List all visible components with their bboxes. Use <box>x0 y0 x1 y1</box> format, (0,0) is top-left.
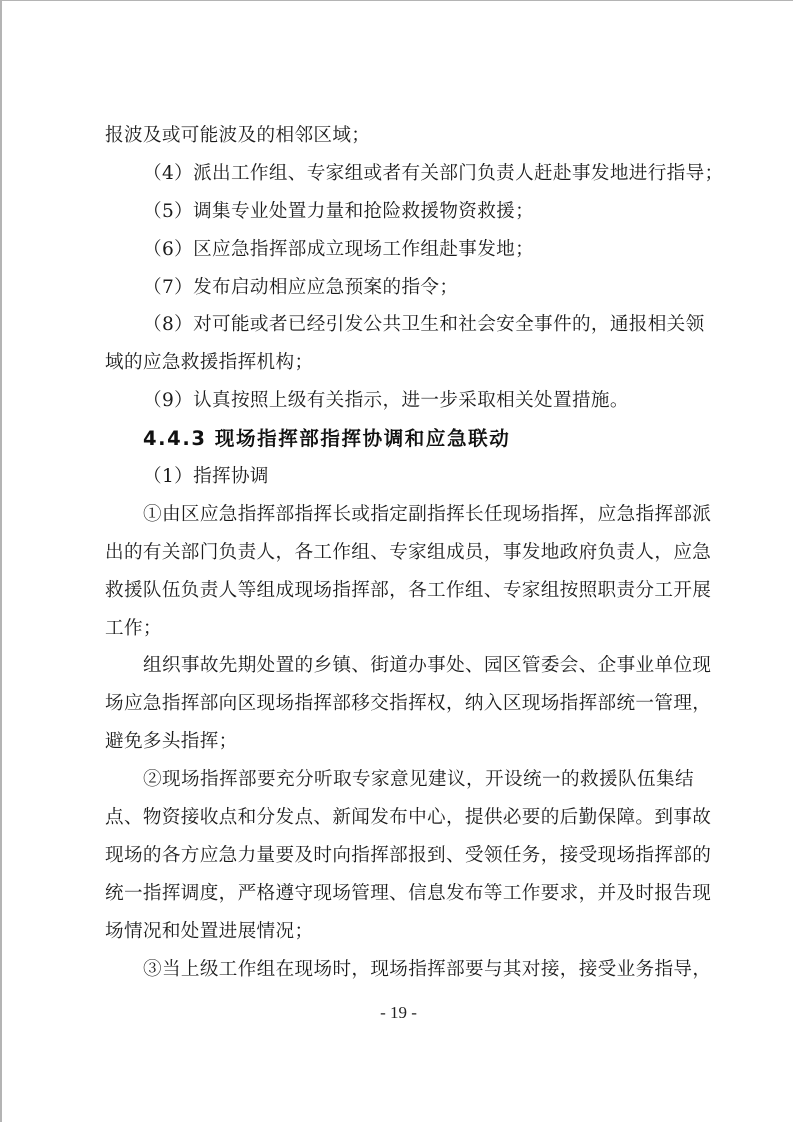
paragraph-line: 组织事故先期处置的乡镇、街道办事处、园区管委会、企事业单位现 <box>105 651 694 689</box>
list-item-7: （7）发布启动相应应急预案的指令； <box>105 273 694 311</box>
paragraph-line: 统一指挥调度，严格遵守现场管理、信息发布等工作要求，并及时报告现 <box>105 879 694 917</box>
paragraph-line: 避免多头指挥； <box>105 727 694 765</box>
paragraph-line: 救援队伍负责人等组成现场指挥部，各工作组、专家组按照职责分工开展 <box>105 576 694 614</box>
paragraph-line: ①由区应急指挥部指挥长或指定副指挥长任现场指挥，应急指挥部派 <box>105 500 694 538</box>
list-item-8-continuation: 域的应急救援指挥机构； <box>105 348 694 386</box>
list-item-9: （9）认真按照上级有关指示，进一步采取相关处置措施。 <box>105 386 694 424</box>
list-item-6: （6）区应急指挥部成立现场工作组赴事发地； <box>105 235 694 273</box>
paragraph-4: ③当上级工作组在现场时，现场指挥部要与其对接，接受业务指导， <box>105 955 694 993</box>
paragraph-line: 现场的各方应急力量要及时向指挥部报到、受领任务，接受现场指挥部的 <box>105 841 694 879</box>
paragraph-line: 出的有关部门负责人，各工作组、专家组成员，事发地政府负责人，应急 <box>105 538 694 576</box>
paragraph-line: ②现场指挥部要充分听取专家意见建议，开设统一的救援队伍集结 <box>105 765 694 803</box>
document-page: 报波及或可能波及的相邻区域； （4）派出工作组、专家组或者有关部门负责人赶赴事发… <box>0 0 793 1122</box>
page-content: 报波及或可能波及的相邻区域； （4）派出工作组、专家组或者有关部门负责人赶赴事发… <box>105 121 694 992</box>
paragraph-line: 点、物资接收点和分发点、新闻发布中心，提供必要的后勤保障。到事故 <box>105 803 694 841</box>
subsection-label: （1）指挥协调 <box>105 462 694 500</box>
paragraph-line: 场应急指挥部向区现场指挥部移交指挥权，纳入区现场指挥部统一管理， <box>105 689 694 727</box>
text-line: 报波及或可能波及的相邻区域； <box>105 121 694 159</box>
paragraph-2: 组织事故先期处置的乡镇、街道办事处、园区管委会、企事业单位现 场应急指挥部向区现… <box>105 651 694 765</box>
paragraph-line: 工作； <box>105 614 694 652</box>
section-heading: 4.4.3 现场指挥部指挥协调和应急联动 <box>105 424 694 462</box>
paragraph-line: ③当上级工作组在现场时，现场指挥部要与其对接，接受业务指导， <box>105 955 694 993</box>
page-number: - 19 - <box>2 1003 793 1023</box>
list-item-8: （8）对可能或者已经引发公共卫生和社会安全事件的，通报相关领 <box>105 310 694 348</box>
list-item-4: （4）派出工作组、专家组或者有关部门负责人赶赴事发地进行指导； <box>105 159 694 197</box>
list-item-5: （5）调集专业处置力量和抢险救援物资救援； <box>105 197 694 235</box>
paragraph-line: 场情况和处置进展情况； <box>105 917 694 955</box>
paragraph-1: ①由区应急指挥部指挥长或指定副指挥长任现场指挥，应急指挥部派 出的有关部门负责人… <box>105 500 694 652</box>
paragraph-3: ②现场指挥部要充分听取专家意见建议，开设统一的救援队伍集结 点、物资接收点和分发… <box>105 765 694 954</box>
